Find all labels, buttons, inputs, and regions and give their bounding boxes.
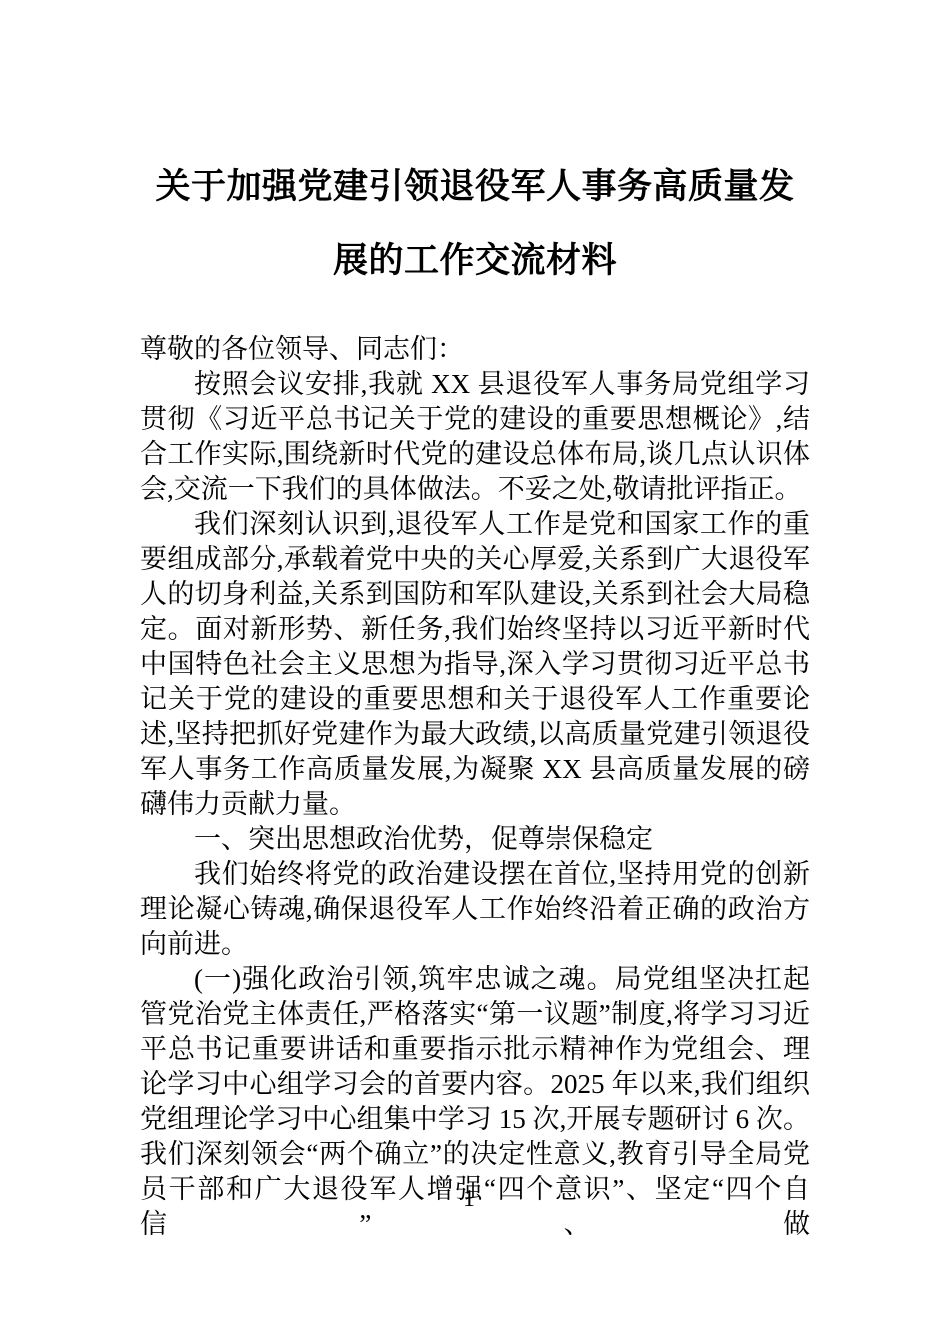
document-title-line-2: 展的工作交流材料: [140, 224, 810, 298]
section-heading-1: 一、突出思想政治优势，促尊崇保稳定: [140, 822, 810, 857]
page-number: 1: [0, 1184, 938, 1214]
document-title-line-1: 关于加强党建引领退役军人事务高质量发: [140, 150, 810, 224]
paragraph-understanding: 我们深刻认识到,退役军人工作是党和国家工作的重要组成部分,承载着党中央的关心厚爱…: [140, 507, 810, 822]
document-page: 关于加强党建引领退役军人事务高质量发 展的工作交流材料 尊敬的各位领导、同志们：…: [0, 0, 950, 1344]
paragraph-intro: 按照会议安排,我就 XX 县退役军人事务局党组学习贯彻《习近平总书记关于党的建设…: [140, 367, 810, 507]
document-body: 尊敬的各位领导、同志们： 按照会议安排,我就 XX 县退役军人事务局党组学习贯彻…: [140, 332, 810, 1242]
salutation: 尊敬的各位领导、同志们：: [140, 332, 810, 367]
document-title: 关于加强党建引领退役军人事务高质量发 展的工作交流材料: [140, 150, 810, 298]
paragraph-political-building: 我们始终将党的政治建设摆在首位,坚持用党的创新理论凝心铸魂,确保退役军人工作始终…: [140, 857, 810, 962]
